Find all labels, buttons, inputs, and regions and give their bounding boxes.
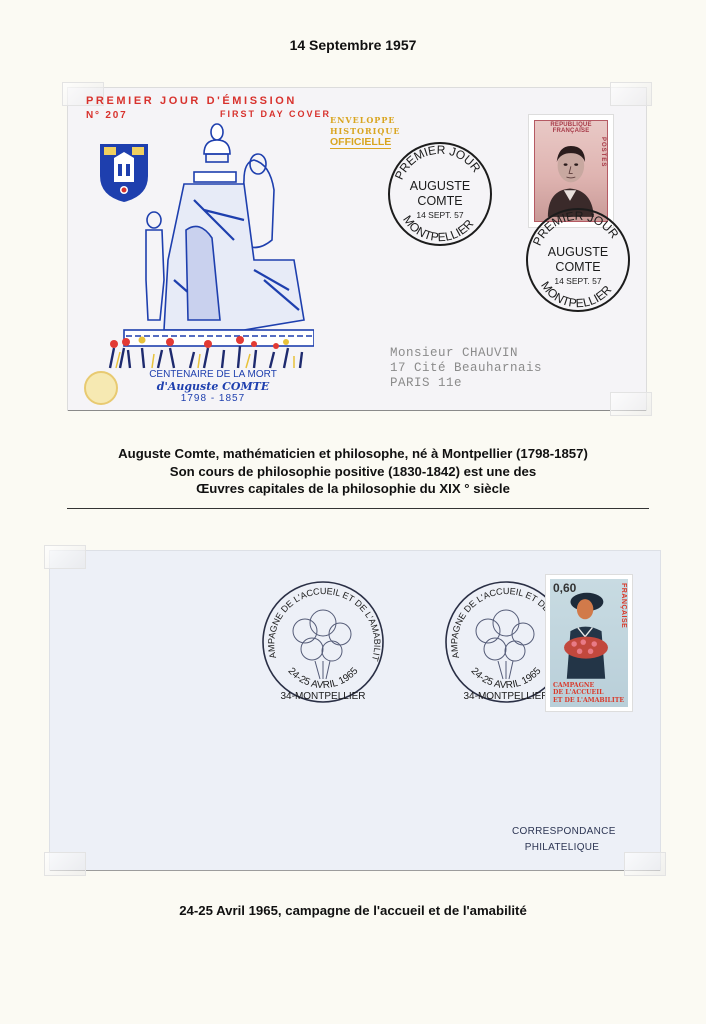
centenary-inscription: CENTENAIRE DE LA MORT d'Auguste COMTE 17…	[128, 369, 298, 405]
centenary-years: 1798 - 1857	[128, 393, 298, 405]
stamp-campaign-text: CAMPAGNE DE L'ACCUEIL ET DE L'AMABILITE	[553, 682, 624, 705]
svg-text:AUGUSTE: AUGUSTE	[548, 245, 608, 259]
stamp-text-line-2: DE L'ACCUEIL	[553, 689, 624, 697]
section-divider	[67, 508, 649, 509]
fdc-header: PREMIER JOUR D'ÉMISSION	[86, 95, 297, 107]
mount-corner-bottom-left	[44, 852, 86, 876]
address-line-3: PARIS 11e	[390, 376, 542, 391]
centenary-line-2: d'Auguste COMTE	[128, 381, 298, 393]
caption-line-2: Son cours de philosophie positive (1830-…	[0, 463, 706, 481]
page-title: 14 Septembre 1957	[0, 37, 706, 53]
address-line-2: 17 Cité Beauharnais	[390, 361, 542, 376]
rooster-seal-icon	[84, 371, 118, 405]
svg-text:AUGUSTE: AUGUSTE	[410, 179, 470, 193]
campaign-stamp: 0,60 FRANÇAISE CAMPAGNE DE L'ACCUEIL ET …	[546, 575, 632, 711]
imprint-line-2: PHILATELIQUE	[512, 840, 612, 856]
comte-caption: Auguste Comte, mathématicien et philosop…	[0, 445, 706, 498]
svg-text:COMTE: COMTE	[555, 260, 600, 274]
svg-text:CAMPAGNE DE L'ACCUEIL ET DE L': CAMPAGNE DE L'ACCUEIL ET DE L'AMABILITE	[260, 579, 382, 663]
campaign-caption: 24-25 Avril 1965, campagne de l'accueil …	[0, 903, 706, 918]
mount-corner-top-right	[610, 82, 652, 106]
first-day-cover-envelope: PREMIER JOUR D'ÉMISSION N° 207 FIRST DAY…	[68, 88, 646, 410]
svg-text:34-MONTPELLIER: 34-MONTPELLIER	[280, 691, 365, 702]
svg-text:14 SEPT. 57: 14 SEPT. 57	[416, 210, 464, 220]
address-line-1: Monsieur CHAUVIN	[390, 346, 542, 361]
svg-text:34-MONTPELLIER: 34-MONTPELLIER	[463, 691, 548, 702]
svg-text:PREMIER JOUR: PREMIER JOUR	[530, 209, 622, 248]
mount-corner-bottom-right	[624, 852, 666, 876]
stamp-text-line-3: ET DE L'AMABILITE	[553, 697, 624, 705]
girl-with-flowers-icon	[554, 585, 618, 681]
first-day-postmark: PREMIER JOUR AUGUSTE COMTE 14 SEPT. 57 M…	[386, 140, 494, 248]
official-line-1: ENVELOPPE	[330, 115, 400, 126]
philatelic-imprint: CORRESPONDANCE PHILATELIQUE	[512, 824, 612, 856]
svg-text:PREMIER JOUR: PREMIER JOUR	[392, 143, 484, 182]
fdc-subheader: FIRST DAY COVER	[220, 109, 331, 119]
first-day-postmark-on-stamp: PREMIER JOUR AUGUSTE COMTE 14 SEPT. 57 M…	[524, 206, 632, 314]
caption-line-1: Auguste Comte, mathématicien et philosop…	[0, 445, 706, 463]
caption-line-3: Œuvres capitales de la philosophie du XI…	[0, 480, 706, 498]
comte-monument-illustration	[104, 120, 314, 370]
campaign-postmark-left: CAMPAGNE DE L'ACCUEIL ET DE L'AMABILITE …	[260, 579, 386, 705]
stamp-country: FRANÇAISE	[620, 583, 627, 628]
stamp-text-line-1: CAMPAGNE	[553, 682, 624, 690]
svg-text:14 SEPT. 57: 14 SEPT. 57	[554, 276, 602, 286]
svg-text:COMTE: COMTE	[417, 194, 462, 208]
campaign-envelope: CAMPAGNE DE L'ACCUEIL ET DE L'AMABILITE …	[50, 551, 660, 870]
recipient-address: Monsieur CHAUVIN17 Cité BeauharnaisPARIS…	[390, 346, 542, 391]
mount-corner-bottom-right	[610, 392, 652, 416]
official-line-3: OFFICIELLE	[330, 137, 391, 149]
mount-corner-top-left	[44, 545, 86, 569]
imprint-line-1: CORRESPONDANCE	[512, 824, 612, 840]
